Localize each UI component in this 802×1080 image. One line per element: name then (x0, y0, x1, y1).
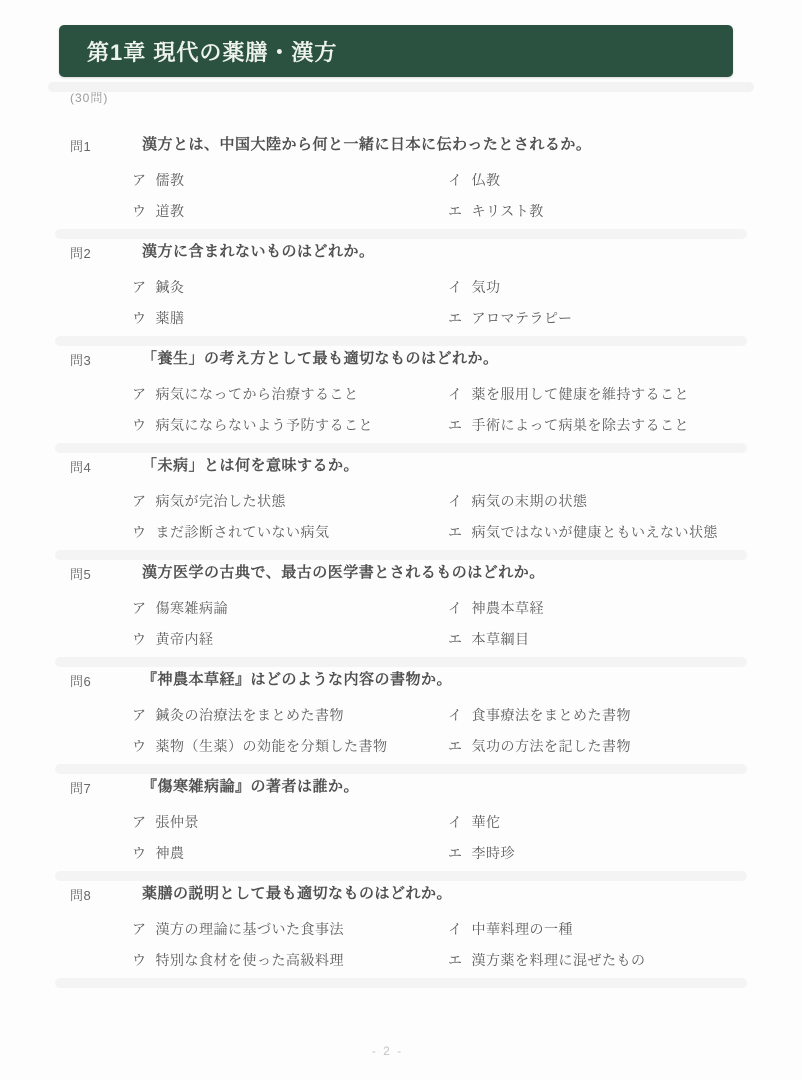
choice-item: イ神農本草経 (448, 598, 802, 618)
choice-text: 病気にならないよう予防すること (156, 417, 374, 433)
question-label: 問3 (70, 350, 91, 369)
choice-list: ア張仲景 イ華佗 ウ神農 エ李時珍 (132, 812, 802, 863)
question-block: 問2 漢方に含まれないものはどれか。 ア鍼灸 イ気功 ウ薬膳 エアロマテラピー (0, 241, 802, 328)
choice-item: ア張仲景 (132, 812, 448, 832)
choice-text: 鍼灸の治療法をまとめた書物 (156, 707, 345, 723)
question-text: 『傷寒雑病論』の著者は誰か。 (142, 776, 802, 797)
choice-text: まだ診断されていない病気 (156, 524, 330, 540)
choice-item: ウ黄帝内経 (132, 629, 448, 649)
question-block: 問3 「養生」の考え方として最も適切なものはどれか。 ア病気になってから治療する… (0, 348, 802, 435)
choice-marker: ア (132, 172, 147, 188)
choice-text: 食事療法をまとめた書物 (472, 707, 632, 723)
choice-text: キリスト教 (472, 203, 544, 219)
question-block: 問4 「未病」とは何を意味するか。 ア病気が完治した状態 イ病気の末期の状態 ウ… (0, 455, 802, 542)
choice-text: 病気ではないが健康ともいえない状態 (472, 524, 719, 540)
choice-text: 神農本草経 (472, 600, 545, 616)
choice-marker: ウ (132, 524, 147, 540)
choice-marker: ウ (132, 417, 147, 433)
choice-text: 病気の末期の状態 (472, 493, 588, 509)
choice-list: ア漢方の理論に基づいた食事法 イ中華料理の一種 ウ特別な食材を使った高級料理 エ… (132, 919, 802, 970)
choice-text: 薬を服用して健康を維持すること (472, 386, 690, 402)
choice-text: 中華料理の一種 (472, 921, 574, 937)
choice-item: ア儒教 (132, 170, 448, 190)
question-label: 問7 (70, 778, 91, 797)
choice-marker: イ (448, 600, 463, 616)
choice-text: 手術によって病巣を除去すること (472, 417, 690, 433)
choice-list: ア儒教 イ仏教 ウ道教 エキリスト教 (132, 170, 802, 221)
choice-list: ア鍼灸の治療法をまとめた書物 イ食事療法をまとめた書物 ウ薬物（生薬）の効能を分… (132, 705, 802, 756)
choice-marker: エ (448, 310, 463, 326)
choice-item: イ病気の末期の状態 (448, 491, 802, 511)
choice-item: ア病気が完治した状態 (132, 491, 448, 511)
choice-marker: ウ (132, 310, 147, 326)
choice-item: ウ薬物（生薬）の効能を分類した書物 (132, 736, 448, 756)
question-count-note: (30問) (70, 89, 108, 106)
choice-marker: ア (132, 921, 147, 937)
question-text: 『神農本草経』はどのような内容の書物か。 (142, 669, 802, 690)
choice-item: エ病気ではないが健康ともいえない状態 (448, 522, 802, 542)
choice-item: ア傷寒雑病論 (132, 598, 448, 618)
choice-item: エアロマテラピー (448, 308, 802, 328)
choice-marker: エ (448, 738, 463, 754)
choice-text: 傷寒雑病論 (156, 600, 229, 616)
choice-marker: イ (448, 707, 463, 723)
choice-marker: イ (448, 814, 463, 830)
page-number: - 2 - (0, 1044, 775, 1058)
choice-item: イ食事療法をまとめた書物 (448, 705, 802, 725)
choice-item: ア病気になってから治療すること (132, 384, 448, 404)
choice-item: ウ薬膳 (132, 308, 448, 328)
choice-text: 張仲景 (156, 814, 200, 830)
choice-text: 本草綱目 (472, 631, 530, 647)
choice-marker: ア (132, 600, 147, 616)
question-block: 問8 薬膳の説明として最も適切なものはどれか。 ア漢方の理論に基づいた食事法 イ… (0, 883, 802, 970)
choice-text: 神農 (156, 845, 185, 861)
choice-item: イ中華料理の一種 (448, 919, 802, 939)
choice-marker: ウ (132, 738, 147, 754)
chapter-header-bar: 第1章 現代の薬膳・漢方 (59, 25, 733, 77)
question-label: 問6 (70, 671, 91, 690)
choice-text: 華佗 (472, 814, 501, 830)
choice-list: ア病気が完治した状態 イ病気の末期の状態 ウまだ診断されていない病気 エ病気では… (132, 491, 802, 542)
choice-list: ア傷寒雑病論 イ神農本草経 ウ黄帝内経 エ本草綱目 (132, 598, 802, 649)
choice-marker: ア (132, 814, 147, 830)
choice-item: ア漢方の理論に基づいた食事法 (132, 919, 448, 939)
choice-item: エ気功の方法を記した書物 (448, 736, 802, 756)
question-block: 問6 『神農本草経』はどのような内容の書物か。 ア鍼灸の治療法をまとめた書物 イ… (0, 669, 802, 756)
question-label: 問2 (70, 243, 91, 262)
choice-marker: エ (448, 203, 463, 219)
choice-marker: エ (448, 631, 463, 647)
choice-item: エキリスト教 (448, 201, 802, 221)
choice-marker: ア (132, 279, 147, 295)
choice-text: 病気が完治した状態 (156, 493, 287, 509)
choice-text: 漢方薬を料理に混ぜたもの (472, 952, 646, 968)
choice-text: 儒教 (156, 172, 185, 188)
choice-item: ウまだ診断されていない病気 (132, 522, 448, 542)
choice-marker: エ (448, 845, 463, 861)
choice-marker: ウ (132, 845, 147, 861)
choice-text: 特別な食材を使った高級料理 (156, 952, 345, 968)
choice-item: イ仏教 (448, 170, 802, 190)
question-list: 問1 漢方とは、中国大陸から何と一緒に日本に伝わったとされるか。 ア儒教 イ仏教… (0, 134, 802, 990)
choice-marker: ア (132, 493, 147, 509)
choice-text: 漢方の理論に基づいた食事法 (156, 921, 345, 937)
choice-item: ウ病気にならないよう予防すること (132, 415, 448, 435)
document-page: 第1章 現代の薬膳・漢方 (30問) 問1 漢方とは、中国大陸から何と一緒に日本… (0, 0, 802, 1080)
question-label: 問8 (70, 885, 91, 904)
choice-marker: エ (448, 952, 463, 968)
choice-text: 薬物（生薬）の効能を分類した書物 (156, 738, 388, 754)
choice-text: 李時珍 (472, 845, 516, 861)
choice-text: 道教 (156, 203, 185, 219)
choice-item: エ漢方薬を料理に混ぜたもの (448, 950, 802, 970)
choice-text: 気功 (472, 279, 501, 295)
choice-marker: ウ (132, 631, 147, 647)
question-text: 漢方とは、中国大陸から何と一緒に日本に伝わったとされるか。 (142, 134, 802, 155)
choice-marker: ア (132, 707, 147, 723)
question-label: 問4 (70, 457, 91, 476)
choice-item: ウ道教 (132, 201, 448, 221)
choice-item: ウ神農 (132, 843, 448, 863)
choice-text: 気功の方法を記した書物 (472, 738, 632, 754)
choice-marker: イ (448, 493, 463, 509)
choice-marker: ウ (132, 203, 147, 219)
question-block: 問7 『傷寒雑病論』の著者は誰か。 ア張仲景 イ華佗 ウ神農 エ李時珍 (0, 776, 802, 863)
choice-marker: エ (448, 417, 463, 433)
choice-item: イ華佗 (448, 812, 802, 832)
choice-text: 病気になってから治療すること (156, 386, 359, 402)
choice-text: アロマテラピー (472, 310, 573, 326)
choice-marker: ウ (132, 952, 147, 968)
choice-marker: エ (448, 524, 463, 540)
choice-item: ア鍼灸 (132, 277, 448, 297)
choice-item: イ薬を服用して健康を維持すること (448, 384, 802, 404)
question-text: 薬膳の説明として最も適切なものはどれか。 (142, 883, 802, 904)
question-text: 「養生」の考え方として最も適切なものはどれか。 (142, 348, 802, 369)
choice-text: 鍼灸 (156, 279, 185, 295)
choice-marker: イ (448, 386, 463, 402)
choice-list: ア鍼灸 イ気功 ウ薬膳 エアロマテラピー (132, 277, 802, 328)
question-label: 問5 (70, 564, 91, 583)
choice-item: エ本草綱目 (448, 629, 802, 649)
choice-text: 薬膳 (156, 310, 185, 326)
question-text: 漢方に含まれないものはどれか。 (142, 241, 802, 262)
question-text: 漢方医学の古典で、最古の医学書とされるものはどれか。 (142, 562, 802, 583)
choice-list: ア病気になってから治療すること イ薬を服用して健康を維持すること ウ病気にならな… (132, 384, 802, 435)
header-separator-band (48, 82, 754, 92)
question-label: 問1 (70, 136, 91, 155)
chapter-title: 第1章 現代の薬膳・漢方 (87, 36, 337, 67)
choice-item: ウ特別な食材を使った高級料理 (132, 950, 448, 970)
choice-item: エ李時珍 (448, 843, 802, 863)
choice-item: イ気功 (448, 277, 802, 297)
choice-marker: ア (132, 386, 147, 402)
choice-marker: イ (448, 172, 463, 188)
choice-marker: イ (448, 921, 463, 937)
question-block: 問5 漢方医学の古典で、最古の医学書とされるものはどれか。 ア傷寒雑病論 イ神農… (0, 562, 802, 649)
question-text: 「未病」とは何を意味するか。 (142, 455, 802, 476)
question-block: 問1 漢方とは、中国大陸から何と一緒に日本に伝わったとされるか。 ア儒教 イ仏教… (0, 134, 802, 221)
choice-text: 仏教 (472, 172, 501, 188)
choice-text: 黄帝内経 (156, 631, 214, 647)
choice-item: ア鍼灸の治療法をまとめた書物 (132, 705, 448, 725)
choice-marker: イ (448, 279, 463, 295)
choice-item: エ手術によって病巣を除去すること (448, 415, 802, 435)
